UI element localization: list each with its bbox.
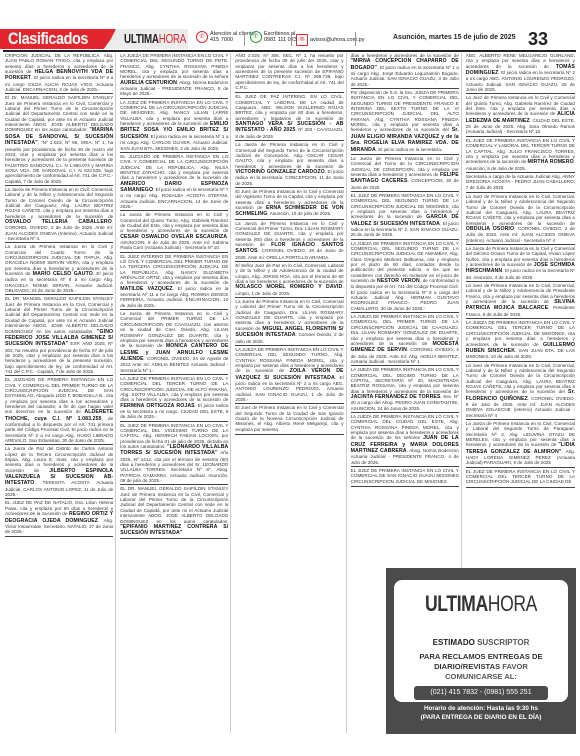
- legal-notice: LA JUEZA DE PRIMERA INSTANCIA EN LO CIVI…: [351, 367, 459, 413]
- legal-notice: EL JUEZ INTERINO DE PRIMERA INSTANCIA EN…: [120, 254, 228, 310]
- notice-name: "EPIFANIO MARTINEZ CONTRERA S/ SUCESIÓN …: [120, 524, 228, 536]
- notice-text: LA JUEZ DE PRIMERA INSTANCIA EN LO CIVIL…: [120, 376, 228, 402]
- legal-notice: EL JUEZ DE PAZ DE NATALIO, Dra. Lilian H…: [5, 500, 113, 536]
- legal-notice: EL JUEZ DE PRIMERA INSTANCIA EN LO CIVIL…: [351, 468, 459, 487]
- column-3: AÑO 2.025, Nº 308, SEC. Nº 1, ha resuelt…: [233, 53, 346, 733]
- ad-body: PARA RECLAMOS ENTREGAS DE DIARIO/REVISTA…: [394, 652, 568, 682]
- legal-notice: La Jueza de Primera Instancia en lo Civi…: [5, 187, 113, 243]
- whatsapp-icon: ✆: [250, 31, 262, 43]
- legal-notice: LA JUEZA DE PRIMERA INSTANCIA EN LO CIVI…: [351, 314, 459, 366]
- legal-notice: La Jueza de Primera Instancia en lo Civi…: [466, 246, 575, 282]
- legal-notice: Por disposición de S.S. la Sra. JUEZA DE…: [351, 90, 459, 155]
- divider: [244, 32, 245, 46]
- legal-notice: LA JUEZA DE PRIMERA INSTANCIA EN LO CIVI…: [120, 53, 228, 99]
- legal-notice: La Jueza de Paz del Distrito de Carlos A…: [5, 446, 113, 499]
- notice-text: EL JUEZ INTERINO DE PRIMERA INSTANCIA EN…: [120, 254, 228, 286]
- notice-name: VICTORINO GONZALEZ CARDOZO: [235, 169, 324, 175]
- notice-text: El Señor Juez de Paz en lo Civil, Comerc…: [235, 263, 343, 284]
- legal-notice: La Juez de Primera Instancia en lo Civil…: [466, 363, 575, 420]
- legal-notice: El Dr. MANUEL GERALDO SAIFILDIN STANLEY …: [5, 95, 113, 186]
- notice-name: NESTOR VERON: [377, 278, 420, 284]
- divider: [355, 32, 356, 46]
- ad-hours: Horario de atención: Hasta las 9:30 hs (…: [386, 705, 576, 722]
- column-2: LA JUEZA DE PRIMERA INSTANCIA EN LO CIVI…: [118, 53, 231, 733]
- notice-text: EL JUEZ DE PAZ INTERINO, EN LO CIVIL, CO…: [235, 94, 343, 120]
- notice-text: días a herederos y acreedores de la suce…: [351, 53, 459, 58]
- legal-notice: EL JUEZ DE PRIMERA INSTANCIA EN LO CIVIL…: [351, 193, 459, 240]
- legal-notice: AÑO 2.025, Nº 308, SEC. Nº 1, ha resuelt…: [235, 53, 343, 93]
- legal-notice: LA JUEZA DE PRIMERA INSTANCIA EN LO CIVI…: [351, 241, 459, 313]
- legal-notice: EL JUEZ DE PRIMERA INSTANCIA EN LO CIVIL…: [466, 138, 575, 173]
- notice-text: EL JUZGADO DE PRIMERA INSTANCIA EN LO CI…: [120, 154, 228, 180]
- legal-notice: La Jueza de Primera Instancia en lo Civi…: [120, 212, 228, 252]
- notice-text: LA JUEZA DE PRIMERA INSTANCIA EN LO CIVI…: [351, 241, 459, 283]
- envelope-icon: ✉: [296, 34, 308, 46]
- legal-notice: CRIPCION JUDICIAL DE LA REPUBLICA. Abg. …: [5, 53, 113, 94]
- notice-text: La Jueza de Primera Instancia en lo Civi…: [5, 187, 113, 219]
- legal-notice: La Jueza de Primera Instancia en lo Civi…: [235, 142, 343, 188]
- section-title: Clasificados: [8, 29, 88, 49]
- page-header: Clasificados ULTIMAHORA ✆ Atención al cl…: [0, 29, 580, 49]
- notice-text: EL JUEZ DE PRIMERA INSTANCIA EN LO CIVIL…: [466, 469, 575, 485]
- legal-notice: EL DR. MANUEL GERALDO SAIFILDIN STANLEY …: [120, 486, 228, 538]
- notice-text: LA JUEZA DE PRIMERA INSTANCIA EN LO CIVI…: [351, 367, 459, 393]
- legal-notice: EL JUZGADO DE PRIMERA INSTANCIA EN LO CI…: [120, 154, 228, 211]
- notice-text: El Juez de Primera Instancia en lo Civil…: [235, 405, 343, 431]
- legal-notice: La Juez de Primera Instancia en lo Civil…: [466, 194, 575, 245]
- legal-notice: LA JUEZ DE PRIMERA INSTANCIA EN LO CIVIL…: [120, 100, 228, 153]
- legal-notice: La Jueza de Primera Instancia en lo Civi…: [120, 311, 228, 375]
- legal-notice: LA JUEZA DE PRIMERA INSTANCIA EN LO CIVI…: [235, 347, 343, 404]
- legal-notice: EL JUEZ DE PAZ INTERINO, EN LO CIVIL, CO…: [235, 94, 343, 141]
- notice-name: OSVALDO TELLERIA CABALLERO: [5, 219, 112, 225]
- legal-notice: La Jueza de Primera Instancia en lo Civi…: [351, 156, 459, 192]
- page-number: 33: [528, 29, 548, 49]
- legal-notice: El Señor Juez de Paz en lo Civil, Comerc…: [235, 263, 343, 298]
- notice-text: Por disposición de S.S. la Sra. JUEZA DE…: [351, 90, 459, 132]
- notice-name: AURELIA CENTURION: [120, 80, 177, 86]
- legal-notice: La Juez de Primera Instancia en lo Civil…: [466, 95, 575, 136]
- contact-whatsapp: ✆ Escribinos al0981 111 023: [250, 31, 297, 43]
- notice-name: MARIO CELSO GAUTO: [33, 271, 93, 277]
- notice-name: NOLASCO MOREL ROMERO Y DAVID: [235, 284, 342, 290]
- legal-notice: ABG. ALBERTO RENE MELGAREJO GUIRLAND, ci…: [466, 53, 575, 94]
- legal-notice: El Juez de Primera Instancia en lo Civil…: [235, 189, 343, 220]
- ad-phone-numbers: (021) 415 7832 - (0981) 555 251: [414, 686, 548, 700]
- notice-text: . El juicio radica en la secretaría.: [376, 147, 442, 152]
- ad-panel: ULTIMAHORA ESTIMADO SUSCRIPTOR PARA RECL…: [394, 580, 568, 702]
- legal-notice: La Jueza de Primera Instancia en lo Civi…: [5, 244, 113, 295]
- notice-text: La Juez de Primera Instancia en lo Civil…: [466, 363, 575, 395]
- notice-text: La Jueza de Primera Instancia en lo Civi…: [120, 212, 228, 233]
- header-rule: [3, 50, 576, 52]
- legal-notice: LA JUEZA DE PRIMERA INSTANCIA EN LO CIVI…: [466, 320, 575, 361]
- legal-notice: EL JUZGADO DE PRIMERA INSTANCIA EN LO CI…: [5, 377, 113, 445]
- notice-name: JACINTA FERNANDEZ DE TORRES: [351, 394, 441, 400]
- ad-headline: ESTIMADO SUSCRIPTOR: [394, 638, 568, 647]
- notice-text: AÑO 2.025, Nº 308, SEC. Nº 1, ha resuelt…: [235, 53, 343, 90]
- legal-notice: EL DR. MANUEL GERALDO SAIFILDIN STANLEY …: [5, 296, 113, 376]
- notice-text: . Asunción, 10 de julio de 2025.: [267, 211, 331, 216]
- notice-name: FERMINA ORTIGOZA ROJAS: [120, 403, 195, 409]
- notice-text: LA JUEZA DE PRIMERA INSTANCIA EN LO CIVI…: [120, 53, 228, 79]
- notice-name: MIRTHA ROMERO: [528, 159, 574, 165]
- notice-text: EL DR. MANUEL GERALDO SAIFILDIN STANLEY …: [120, 486, 228, 523]
- legal-notice: LA JUEZA DE PRIMERA INSTANCIA EN LO CIVI…: [351, 414, 459, 467]
- notice-text: , "Nº 2.023, Nº 95, SRIA. Nº 1, ha resue…: [5, 140, 113, 183]
- legal-notice: días a herederos y acreedores de la suce…: [351, 53, 459, 89]
- legal-notice: EL JUEZ DE PRIMERA INSTANCIA EN LO CIVIL…: [120, 423, 228, 486]
- ad-logo: ULTIMAHORA: [411, 592, 550, 616]
- notice-name: MATILDE VAZQUEZ: [120, 286, 172, 292]
- newspaper-logo: ULTIMAHORA: [124, 32, 186, 46]
- legal-notice: EL JUEZ DE PRIMERA INSTANCIA EN LO CIVIL…: [466, 469, 575, 488]
- notice-name: CESAR OSWALDO OVELAR ESCAURIZA: [120, 234, 227, 240]
- notice-text: Secretaría a cargo de la Actuaria Judici…: [466, 174, 575, 190]
- phone-icon: ✆: [196, 31, 208, 43]
- legal-notice: Secretaría a cargo de la Actuaria Judici…: [466, 174, 575, 193]
- legal-notice: La Jueza de Primera Instancia en lo Civi…: [466, 421, 575, 468]
- legal-notice: La Jueza de Primera Instancia en lo Civi…: [235, 221, 343, 262]
- notice-text: La Juez de Primera Instancia en lo Civil…: [466, 194, 575, 226]
- divider: [291, 32, 292, 46]
- section-banner: Clasificados: [0, 29, 118, 49]
- column-1: CRIPCION JUDICIAL DE LA REPUBLICA. Abg. …: [3, 53, 116, 733]
- legal-notice: El Juez de Primera Instancia en lo Civil…: [235, 405, 343, 435]
- subscriber-ad: ULTIMAHORA ESTIMADO SUSCRIPTOR PARA RECL…: [386, 568, 576, 734]
- notice-text: La Jueza de Primera Instancia en lo Civi…: [235, 142, 343, 168]
- issue-date: Asunción, martes 15 de julio de 2025: [393, 34, 516, 41]
- legal-notice: La Juez de Primera Instancia en lo Civil…: [466, 283, 575, 319]
- notice-text: EL JUEZ DE PRIMERA INSTANCIA EN LO CIVIL…: [351, 468, 459, 484]
- legal-notice: LA JUEZ DE PRIMERA INSTANCIA EN LO CIVIL…: [120, 376, 228, 422]
- notice-name: OBDULIA OSORIO: [466, 226, 514, 232]
- contact-phone: ✆ Atención al cliente:415 7000: [196, 31, 256, 43]
- legal-notice: La Jueza de Primera Instancia en lo Civi…: [235, 299, 343, 346]
